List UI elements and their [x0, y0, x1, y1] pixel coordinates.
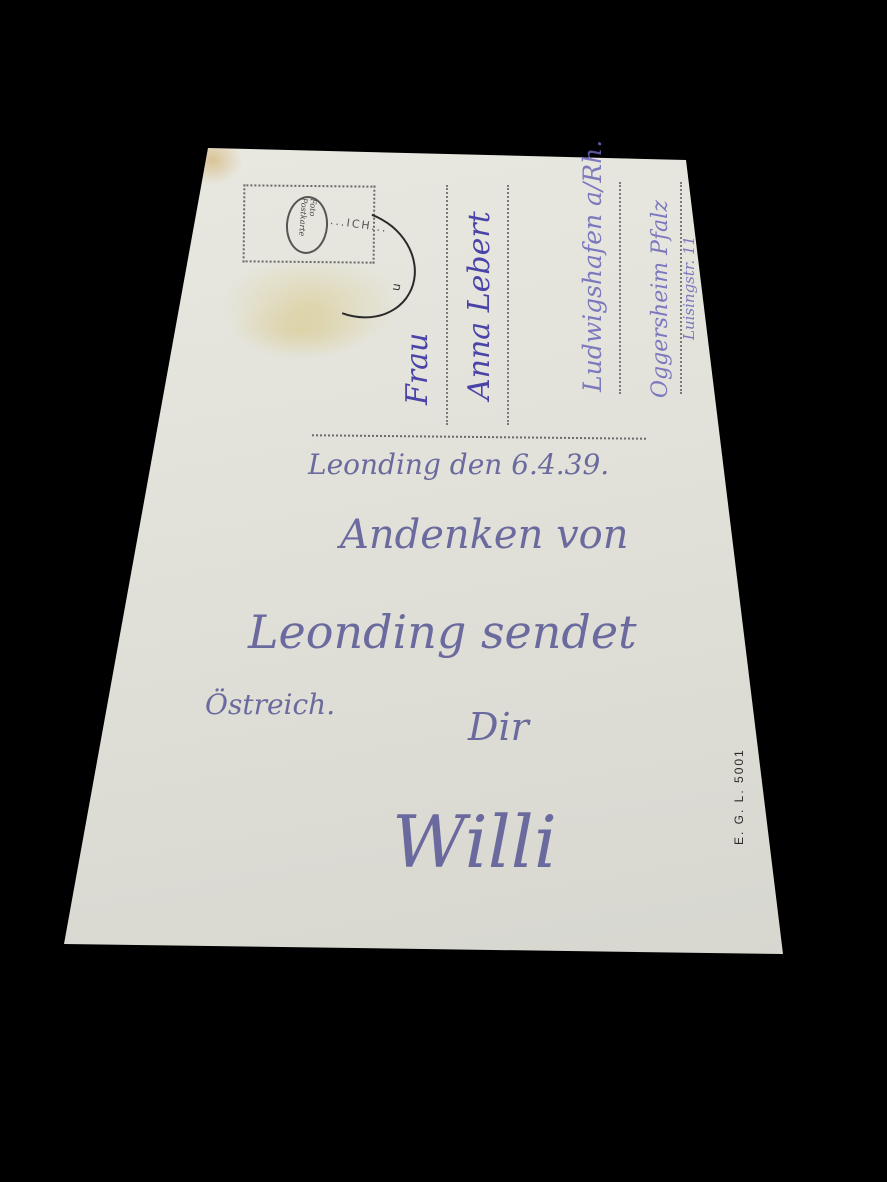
photo-scene: Foto Postkarte ...ICH... u Frau Anna Leb…: [0, 0, 887, 1182]
address-line3-text: Ludwigshafen a/Rh.: [578, 140, 607, 392]
message-line-3: Dir: [468, 705, 529, 749]
message-line-2: Leonding sendet: [248, 605, 637, 659]
address-line-3: [619, 182, 621, 394]
message-dateline: Leonding den 6.4.39.: [308, 448, 609, 481]
printer-code: E. G. L. 5001: [732, 748, 746, 845]
postcard-back: [0, 0, 887, 1182]
address-line5-text: Luisingstr. 11: [680, 236, 698, 340]
publisher-logo-text: Foto Postkarte: [296, 197, 318, 252]
message-aside: Östreich.: [205, 688, 335, 721]
message-line-1: Andenken von: [340, 512, 629, 558]
address-line4-text: Oggersheim Pfalz: [648, 200, 673, 398]
address-line1-text: Frau: [400, 333, 435, 405]
address-line-2: [507, 185, 509, 425]
message-signature: Willi: [392, 800, 557, 884]
address-line-1: [446, 185, 448, 425]
address-line2-text: Anna Lebert: [462, 211, 497, 400]
